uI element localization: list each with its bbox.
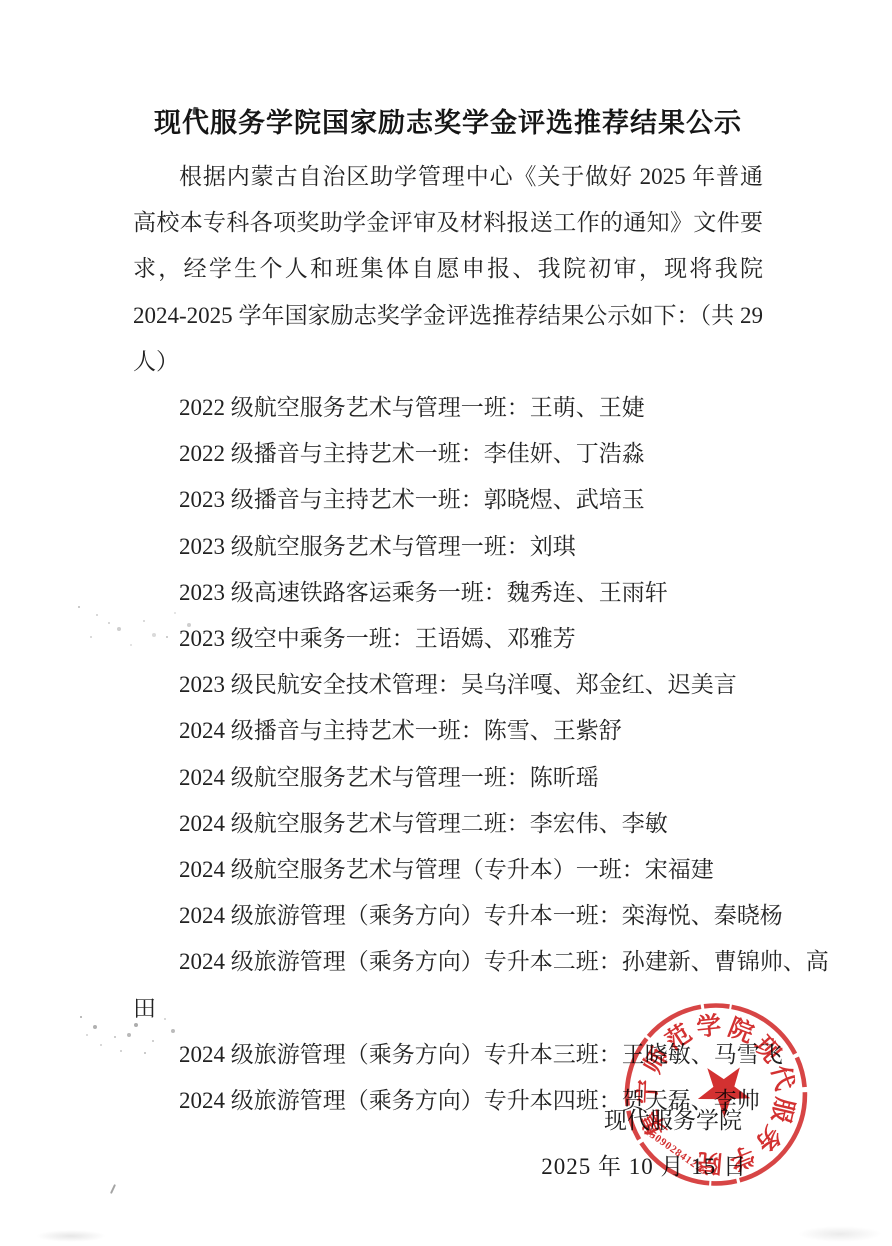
list-item: 2023 级空中乘务一班：王语嫣、邓雅芳 bbox=[133, 616, 833, 662]
document-body: 现代服务学院国家励志奖学金评选推荐结果公示 根据内蒙古自治区助学管理中心《关于做… bbox=[133, 100, 763, 1124]
intro-paragraph: 根据内蒙古自治区助学管理中心《关于做好 2025 年普通高校本专科各项奖助学金评… bbox=[133, 154, 763, 385]
page-title: 现代服务学院国家励志奖学金评选推荐结果公示 bbox=[133, 100, 763, 146]
list-item: 2023 级航空服务艺术与管理一班：刘琪 bbox=[133, 524, 833, 570]
list-item: 2024 级航空服务艺术与管理（专升本）一班：宋福建 bbox=[133, 847, 833, 893]
list-item: 2024 级旅游管理（乘务方向）专升本三班：王晓敏、马雪飞 bbox=[133, 1032, 833, 1078]
svg-text:务: 务 bbox=[749, 1120, 787, 1158]
date-line: 2025 年 10 月 15 日 bbox=[541, 1144, 747, 1190]
list-item: 2023 级播音与主持艺术一班：郭晓煜、武培玉 bbox=[133, 477, 833, 523]
list-item: 2023 级民航安全技术管理：吴乌洋嘎、郑金红、迟美言 bbox=[133, 662, 833, 708]
scan-smudge bbox=[36, 1230, 106, 1242]
list-item: 2023 级高速铁路客运乘务一班：魏秀连、王雨轩 bbox=[133, 570, 833, 616]
list-item: 2024 级播音与主持艺术一班：陈雪、王紫舒 bbox=[133, 708, 833, 754]
list-item: 2022 级航空服务艺术与管理一班：王萌、王婕 bbox=[133, 385, 833, 431]
scan-artifact-mark bbox=[110, 1184, 116, 1194]
scanned-document-page: 现代服务学院国家励志奖学金评选推荐结果公示 根据内蒙古自治区助学管理中心《关于做… bbox=[0, 0, 892, 1246]
list-item: 2024 级航空服务艺术与管理二班：李宏伟、李敏 bbox=[133, 801, 833, 847]
signature: 现代服务学院 bbox=[604, 1098, 742, 1144]
scan-speckles bbox=[78, 606, 80, 608]
list-item: 2024 级航空服务艺术与管理一班：陈昕瑶 bbox=[133, 755, 833, 801]
list-item: 2024 级旅游管理（乘务方向）专升本二班：孙建新、曹锦帅、高田 bbox=[133, 939, 833, 1031]
list-item: 2024 级旅游管理（乘务方向）专升本一班：栾海悦、秦晓杨 bbox=[133, 893, 833, 939]
list-item: 2022 级播音与主持艺术一班：李佳妍、丁浩淼 bbox=[133, 431, 833, 477]
recommendation-list: 2022 级航空服务艺术与管理一班：王萌、王婕 2022 级播音与主持艺术一班：… bbox=[133, 385, 833, 1124]
scan-smudge bbox=[798, 1226, 882, 1242]
scan-speckles bbox=[80, 1016, 82, 1018]
